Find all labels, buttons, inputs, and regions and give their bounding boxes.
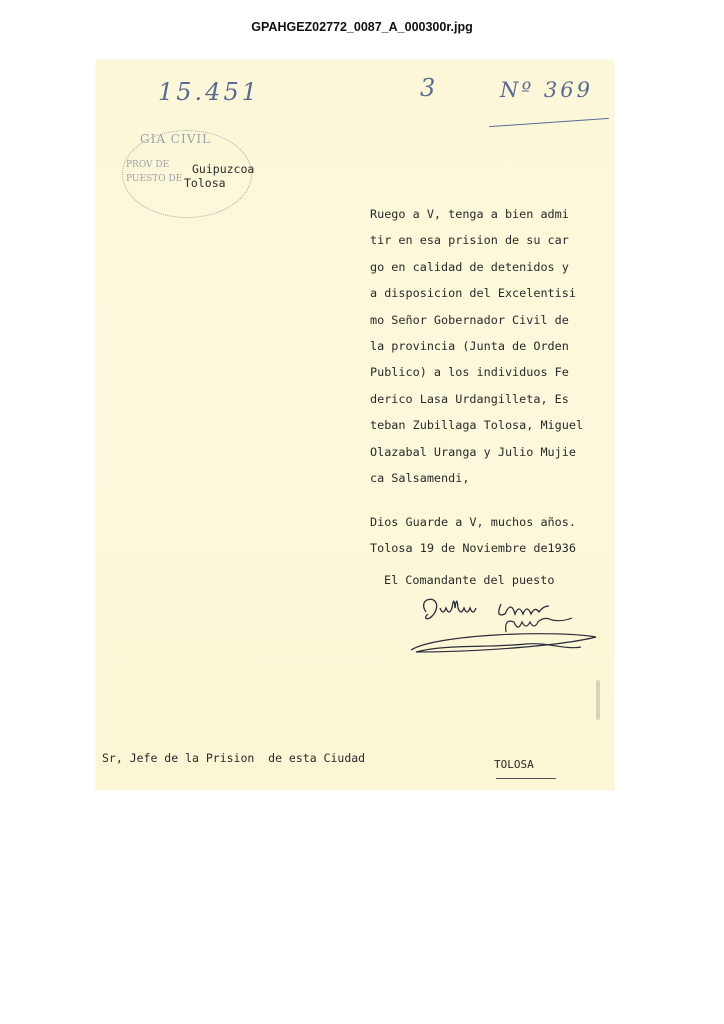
header-province: Guipuzcoa <box>192 162 254 176</box>
paper-smudge <box>596 680 600 720</box>
stamp-line-2: PUESTO DE <box>126 174 182 184</box>
city-underline <box>496 778 556 779</box>
stamp-line-1: PROV DE <box>126 160 169 170</box>
document-page: 15.451 3 Nº 369 GIA CIVIL PROV DE PUESTO… <box>96 60 614 790</box>
signer-title: El Comandante del puesto <box>384 573 554 587</box>
body-line: Publico) a los individuos Fe <box>370 359 583 385</box>
body-line: derico Lasa Urdangilleta, Es <box>370 386 583 412</box>
closing-place-date: Tolosa 19 de Noviembre de1936 <box>370 541 576 555</box>
handwritten-reference-number: 15.451 <box>158 78 260 106</box>
handwritten-page-mark: 3 <box>420 74 435 102</box>
addressee: Sr, Jefe de la Prision de esta Ciudad <box>102 751 365 765</box>
body-line: go en calidad de detenidos y <box>370 254 583 280</box>
body-line: mo Señor Gobernador Civil de <box>370 307 583 333</box>
file-title: GPAHGEZ02772_0087_A_000300r.jpg <box>0 20 724 34</box>
body-line: Olazabal Uranga y Julio Mujie <box>370 439 583 465</box>
handwritten-underline <box>489 118 609 127</box>
body-line: a disposicion del Excelentisi <box>370 280 583 306</box>
body-line: Ruego a V, tenga a bien admi <box>370 201 583 227</box>
handwritten-registry-number: Nº 369 <box>500 78 593 102</box>
city: TOLOSA <box>494 758 534 771</box>
closing-salutation: Dios Guarde a V, muchos años. <box>370 515 576 529</box>
stamp-top-text: GIA CIVIL <box>140 132 211 146</box>
header-town: Tolosa <box>184 176 226 190</box>
letter-body: Ruego a V, tenga a bien admi tir en esa … <box>370 201 583 491</box>
body-line: la provincia (Junta de Orden <box>370 333 583 359</box>
handwritten-signature <box>406 592 606 662</box>
body-line: tir en esa prision de su car <box>370 227 583 253</box>
body-line: teban Zubillaga Tolosa, Miguel <box>370 412 583 438</box>
body-line: ca Salsamendi, <box>370 465 583 491</box>
